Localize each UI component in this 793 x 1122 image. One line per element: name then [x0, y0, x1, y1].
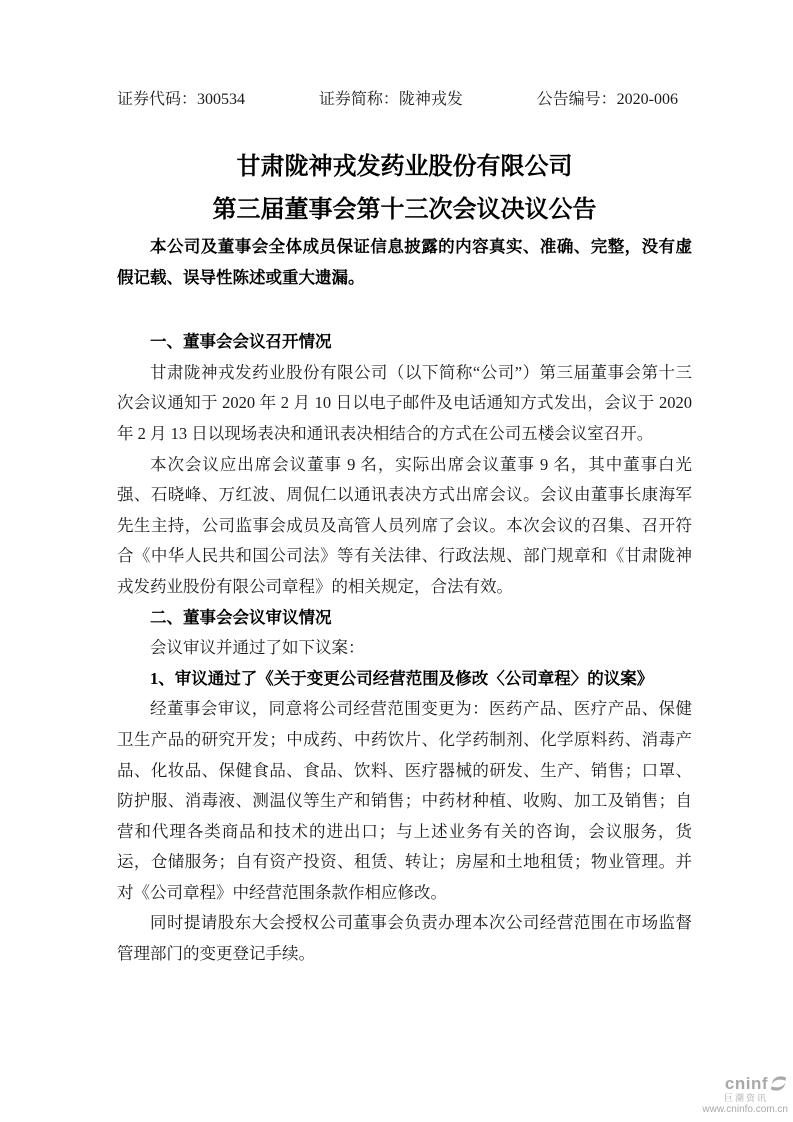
- document-header: 证券代码：300534 证券简称：陇神戎发 公告编号：2020-006: [117, 90, 692, 110]
- stock-code: 证券代码：300534: [117, 90, 245, 110]
- resolution-1-paragraph: 同时提请股东大会授权公司董事会负责办理本次公司经营范围在市场监督管理部门的变更登…: [117, 908, 692, 969]
- announcement-number: 公告编号：2020-006: [537, 90, 678, 110]
- cninfo-logo-text: cninf: [725, 1074, 768, 1094]
- cninfo-swirl-icon: [769, 1074, 788, 1093]
- stock-name: 证券简称：陇神戎发: [319, 90, 463, 110]
- document-body: 一、董事会会议召开情况 甘肃陇神戎发药业股份有限公司（以下简称“公司”）第三届董…: [117, 327, 692, 969]
- document-content: 证券代码：300534 证券简称：陇神戎发 公告编号：2020-006 甘肃陇神…: [117, 90, 692, 970]
- section-2-heading: 二、董事会会议审议情况: [117, 603, 692, 634]
- cninfo-url: www.cninfo.com.cn: [702, 1104, 790, 1116]
- resolution-1-paragraph: 经董事会审议，同意将公司经营范围变更为：医药产品、医疗产品、保健卫生产品的研究开…: [117, 694, 692, 908]
- meeting-title: 第三届董事会第十三次会议决议公告: [117, 189, 692, 232]
- cninfo-chinese-name: 巨潮资讯: [702, 1093, 790, 1103]
- cninfo-watermark: cninf 巨潮资讯 www.cninfo.com.cn: [702, 1074, 790, 1115]
- resolution-1-title: 1、审议通过了《关于变更公司经营范围及修改〈公司章程〉的议案》: [117, 664, 692, 695]
- document-page: 证券代码：300534 证券简称：陇神戎发 公告编号：2020-006 甘肃陇神…: [0, 0, 793, 1122]
- section-1-heading: 一、董事会会议召开情况: [117, 327, 692, 358]
- section-1-paragraph: 本次会议应出席会议董事 9 名，实际出席会议董事 9 名，其中董事白光强、石晓峰…: [117, 450, 692, 603]
- section-2-intro: 会议审议并通过了如下议案：: [117, 633, 692, 664]
- document-title: 甘肃陇神戎发药业股份有限公司 第三届董事会第十三次会议决议公告: [117, 146, 692, 232]
- company-name: 甘肃陇神戎发药业股份有限公司: [117, 146, 692, 189]
- cninfo-logo: cninf: [702, 1074, 790, 1094]
- disclaimer-statement: 本公司及董事会全体成员保证信息披露的内容真实、准确、完整，没有虚假记载、误导性陈…: [117, 232, 692, 293]
- section-1-paragraph: 甘肃陇神戎发药业股份有限公司（以下简称“公司”）第三届董事会第十三次会议通知于 …: [117, 358, 692, 450]
